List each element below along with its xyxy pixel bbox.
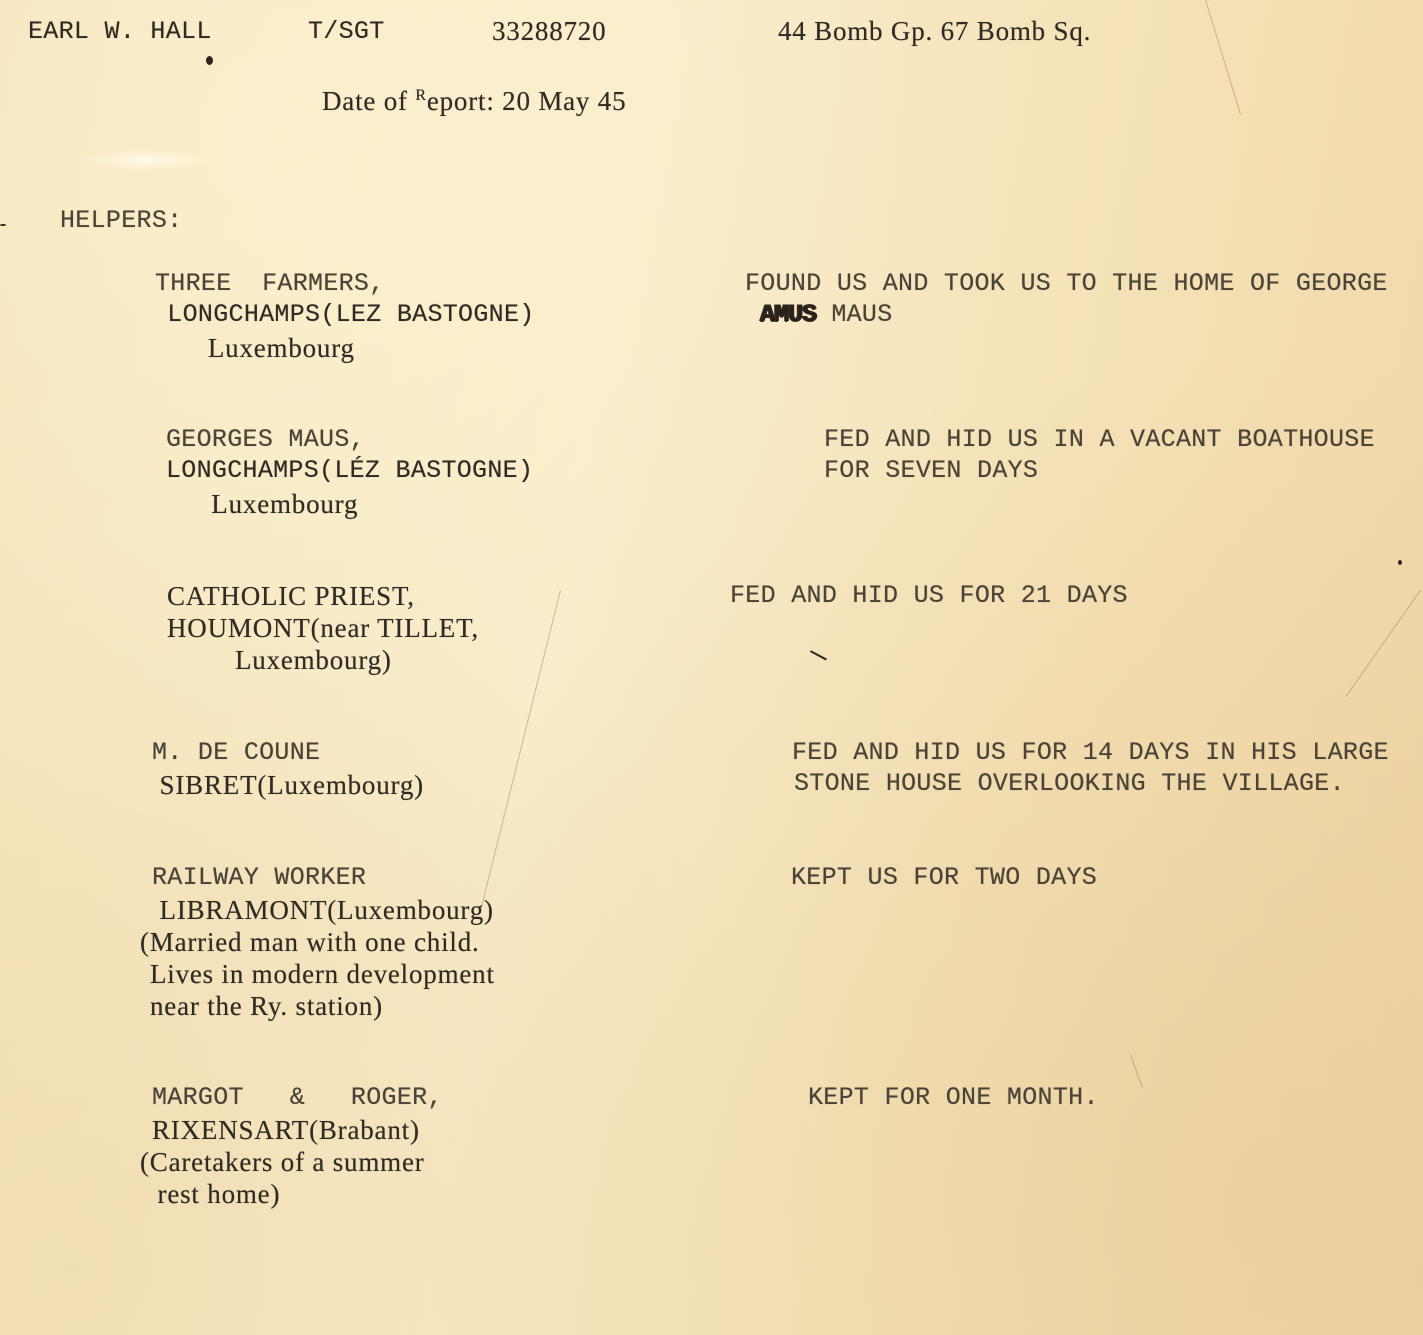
paper-crease [1345,590,1420,697]
serial-number: 33288720 [492,15,606,47]
helper-region: Luxembourg [166,488,358,520]
report-date-sup: R [415,87,426,104]
helper-location: LONGCHAMPS(LEZ BASTOGNE) [152,299,535,331]
helper-name: RAILWAY WORKER [152,862,366,894]
helper-region: Luxembourg) [167,644,392,676]
helper-name: THREE FARMERS, [155,268,385,300]
overstruck-word: AMUS [760,299,816,331]
helper-region: Luxembourg [155,332,355,364]
helper-name: GEORGES MAUS, [166,424,365,456]
paper-crease [1205,0,1241,115]
rank: T/SGT [308,16,385,48]
helper-location: RIXENSART(Brabant) [152,1114,420,1146]
helper-note: (Married man with one child. [140,926,480,958]
unit: 44 Bomb Gp. 67 Bomb Sq. [778,15,1091,47]
helper-action: FED AND HID US FOR 21 DAYS [730,580,1128,612]
helper-action: FED AND HID US IN A VACANT BOATHOUSE [824,424,1375,456]
report-date-post: eport: 20 May 45 [427,86,627,116]
ink-speck [0,224,6,226]
helper-action: FOR SEVEN DAYS [824,455,1038,487]
helper-action: FOUND US AND TOOK US TO THE HOME OF GEOR… [745,268,1388,300]
helper-note: rest home) [150,1178,280,1210]
helper-note: near the Ry. station) [150,990,383,1022]
helper-action-surname: MAUS [816,300,893,329]
section-title: HELPERS: [60,205,182,237]
pen-mark [810,650,827,660]
helper-name: MARGOT & ROGER, [152,1082,443,1114]
typed-report-page: EARL W. HALL T/SGT 33288720 44 Bomb Gp. … [0,0,1423,1335]
person-name: EARL W. HALL [28,16,212,48]
helper-action: KEPT US FOR TWO DAYS [791,862,1097,894]
helper-action-line2: AMUS MAUS [760,299,893,331]
ink-speck [1398,560,1402,565]
helper-note: Lives in modern development [150,958,495,990]
paper-scuff [80,150,210,170]
helper-action: FED AND HID US FOR 14 DAYS IN HIS LARGE [792,737,1389,769]
paper-crease [480,590,561,910]
helper-action: STONE HOUSE OVERLOOKING THE VILLAGE. [794,768,1345,800]
report-date: Date of Report: 20 May 45 [322,80,626,117]
ink-speck [206,56,213,65]
report-date-pre: Date of [322,86,415,116]
helper-location: LIBRAMONT(Luxembourg) [152,894,494,926]
helper-action: KEPT FOR ONE MONTH. [808,1082,1099,1114]
helper-note: (Caretakers of a summer [140,1146,425,1178]
helper-name: CATHOLIC PRIEST, [167,580,415,612]
helper-location: LONGCHAMPS(LÉZ BASTOGNE) [166,455,533,487]
helper-name: M. DE COUNE [152,737,320,769]
helper-location: HOUMONT(near TILLET, [167,612,479,644]
paper-crease [1130,1055,1143,1088]
helper-location: SIBRET(Luxembourg) [152,769,424,801]
